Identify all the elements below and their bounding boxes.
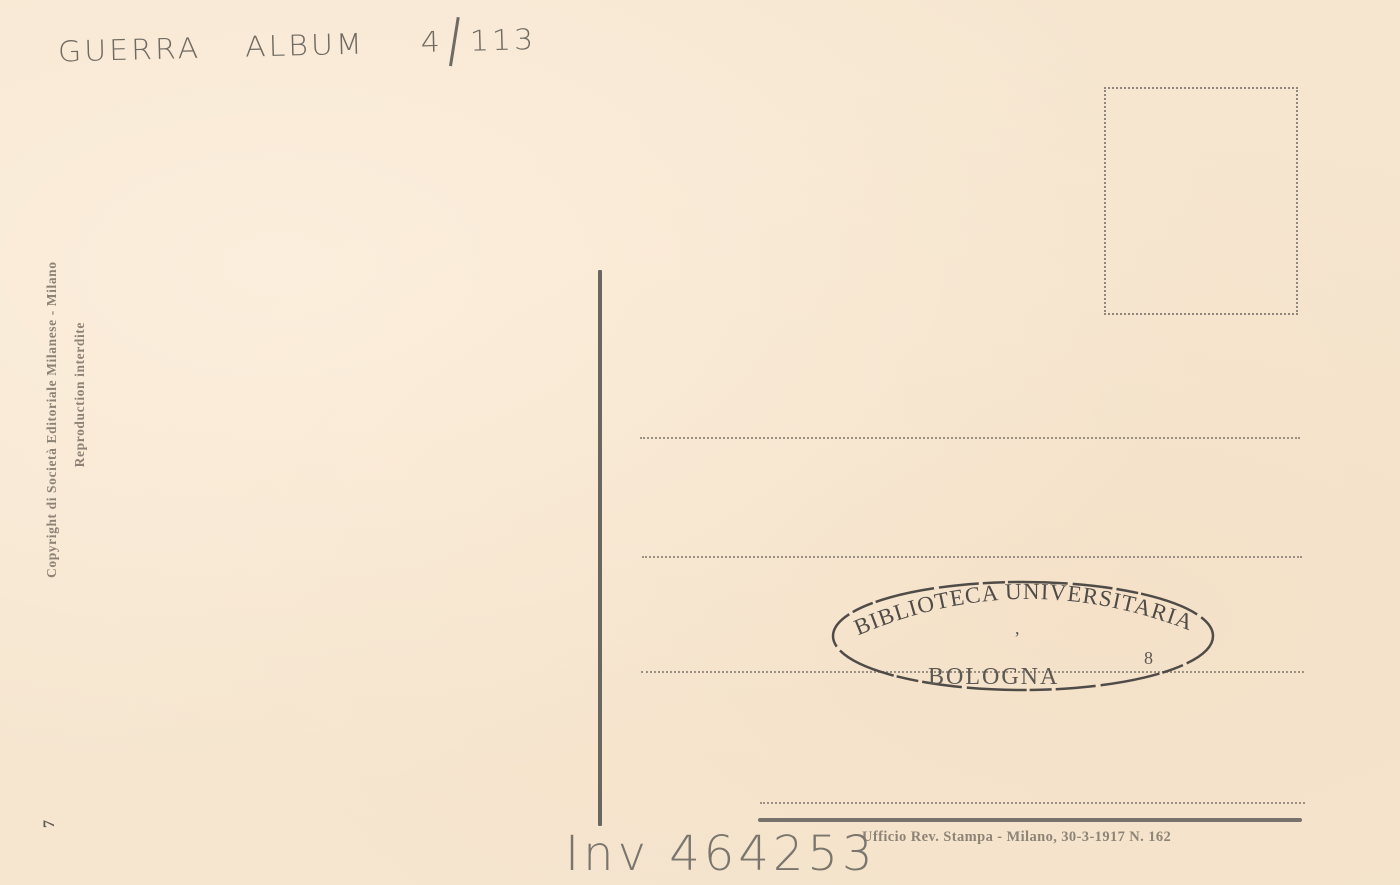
stamp-top-text: BIBLIOTECA UNIVERSITARIA xyxy=(850,579,1197,640)
handwritten-word-album: ALBUM xyxy=(245,27,366,63)
postcard-back: GUERRA ALBUM 4 113 Copyright di Società … xyxy=(0,0,1400,885)
address-line-1 xyxy=(640,437,1300,439)
printer-credit: Ufficio Rev. Stampa - Milano, 30-3-1917 … xyxy=(862,829,1171,846)
svg-text:BIBLIOTECA UNIVERSITARIA: BIBLIOTECA UNIVERSITARIA xyxy=(850,579,1197,640)
postage-stamp-box xyxy=(1104,87,1298,315)
library-stamp: BIBLIOTECA UNIVERSITARIA , BOLOGNA 8 xyxy=(828,578,1218,694)
handwritten-volume-number: 4 xyxy=(420,25,443,59)
handwritten-slash xyxy=(449,17,460,66)
center-divider-line xyxy=(598,270,602,826)
stamp-mark: 8 xyxy=(1144,648,1153,668)
address-line-2 xyxy=(642,556,1302,558)
reproduction-notice: Reproduction interdite xyxy=(72,322,88,467)
handwritten-item-number: 113 xyxy=(469,23,536,58)
bottom-solid-rule xyxy=(758,818,1302,822)
stamp-comma: , xyxy=(1015,618,1020,638)
copyright-notice: Copyright di Società Editoriale Milanese… xyxy=(44,192,60,647)
stamp-bottom-text: BOLOGNA xyxy=(928,664,1059,690)
handwritten-header: GUERRA ALBUM 4 113 xyxy=(57,15,536,77)
handwritten-word-guerra: GUERRA xyxy=(58,32,202,69)
address-line-4 xyxy=(760,802,1305,804)
library-stamp-oval-icon: BIBLIOTECA UNIVERSITARIA , BOLOGNA 8 xyxy=(828,578,1218,694)
card-number: 7 xyxy=(41,820,59,828)
handwritten-inventory-number: Inv 464253 xyxy=(565,826,876,882)
